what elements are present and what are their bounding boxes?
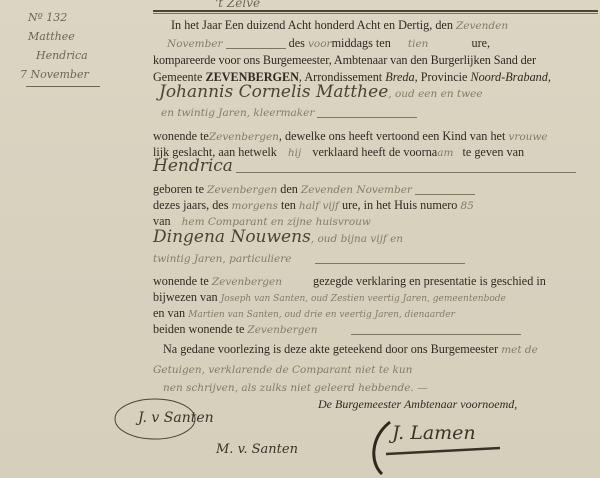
line-9-child: Hendrica <box>153 158 593 175</box>
line-18: beiden wonende te Zevenbergen <box>153 321 593 338</box>
line-21: nen schrijven, als zulks niet geleerd he… <box>153 379 593 396</box>
margin-surname: Matthee <box>28 27 148 46</box>
margin-date: 7 November <box>20 65 148 84</box>
line-15: wonende te Zevenbergen gezegde verklarin… <box>153 273 593 290</box>
line-10: geboren te Zevenbergen den Zevenden Nove… <box>153 181 593 198</box>
line-11: dezes jaars, des morgens ten half vijf u… <box>153 197 593 214</box>
line-14: twintig Jaren, particuliere <box>153 250 593 267</box>
line-1: In het Jaar Een duizend Acht honderd Ach… <box>153 17 593 34</box>
witness2-signature: M. v. Santen <box>216 442 298 457</box>
margin-divider <box>26 86 100 87</box>
line-20: Getuigen, verklarende de Comparant niet … <box>153 361 593 378</box>
top-rule <box>153 10 598 12</box>
header-fragment: 't Zelve <box>215 0 260 10</box>
mayor-signature: J. Lamen <box>392 422 476 444</box>
line-7: wonende teZevenbergen, dewelke ons heeft… <box>153 128 593 145</box>
margin-given-name: Hendrica <box>28 46 148 65</box>
line-19: Na gedane voorlezing is deze akte geteek… <box>153 341 593 358</box>
closing-formula: De Burgemeester Ambtenaar voornoemd, <box>318 397 517 412</box>
register-page: Nº 132 Matthee Hendrica 7 November 't Ze… <box>0 0 600 478</box>
line-5-father: Johannis Cornelis Matthee, oud een en tw… <box>153 84 593 102</box>
line-2: November des voormiddags ten tien ure, <box>153 35 593 52</box>
record-number: Nº 132 <box>28 8 148 27</box>
witness1-signature: J. v Santen <box>138 410 214 426</box>
line-3: kompareerde voor ons Burgemeester, Ambte… <box>153 52 593 68</box>
line-13-mother: Dingena Nouwens, oud bijna vijf en <box>153 229 593 247</box>
line-6: en twintig Jaren, kleermaker <box>153 104 593 121</box>
top-rule-thin <box>153 13 598 14</box>
margin-note: Nº 132 Matthee Hendrica 7 November <box>28 8 148 87</box>
